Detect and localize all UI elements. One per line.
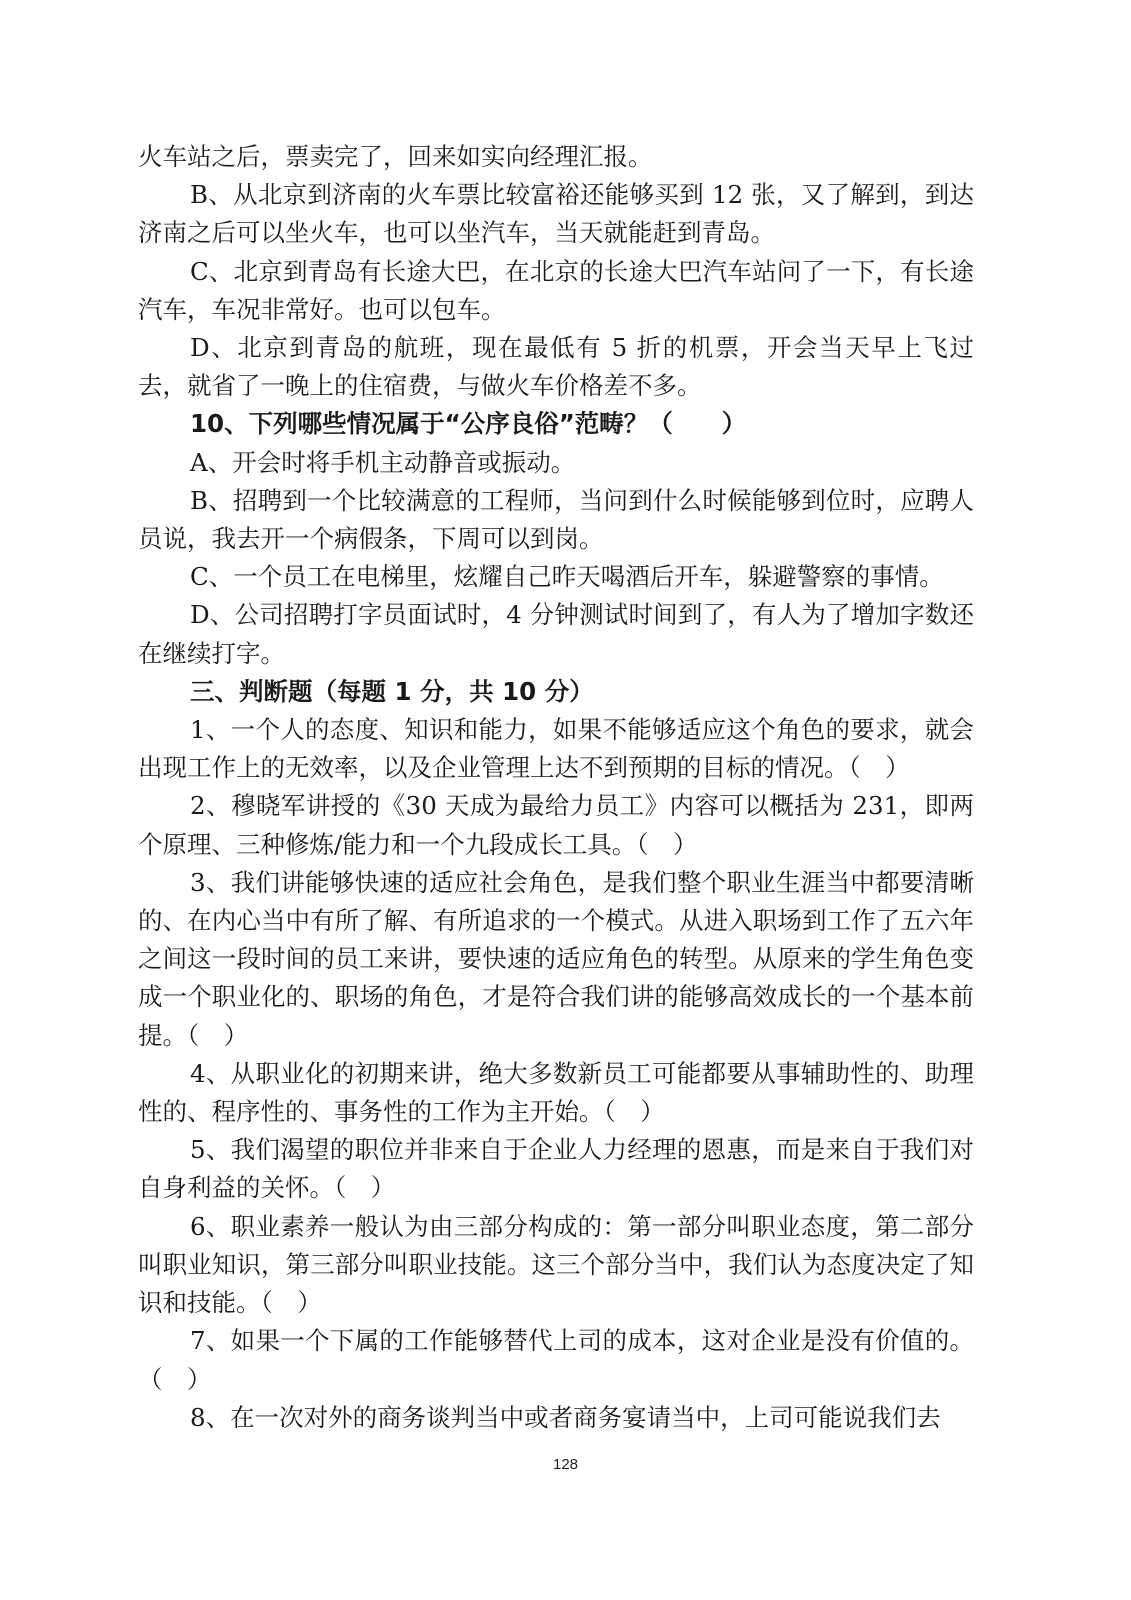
- option-10d: D、公司招聘打字员面试时，4 分钟测试时间到了，有人为了增加字数还在继续打字。: [138, 596, 974, 672]
- tf-question-7: 7、如果一个下属的工作能够替代上司的成本，这对企业是没有价值的。（ ）: [138, 1322, 974, 1398]
- tf-question-8: 8、在一次对外的商务谈判当中或者商务宴请当中，上司可能说我们去: [138, 1399, 974, 1437]
- option-10a: A、开会时将手机主动静音或振动。: [138, 444, 974, 482]
- tf-question-3: 3、我们讲能够快速的适应社会角色，是我们整个职业生涯当中都要清晰的、在内心当中有…: [138, 864, 974, 1055]
- option-9d: D、北京到青岛的航班，现在最低有 5 折的机票，开会当天早上飞过去，就省了一晚上…: [138, 329, 974, 405]
- option-9b: B、从北京到济南的火车票比较富裕还能够买到 12 张，又了解到，到达济南之后可以…: [138, 176, 974, 252]
- document-body: 火车站之后，票卖完了，回来如实向经理汇报。 B、从北京到济南的火车票比较富裕还能…: [138, 138, 974, 1437]
- section-heading-true-false: 三、判断题（每题 1 分，共 10 分）: [138, 673, 974, 711]
- option-10b: B、招聘到一个比较满意的工程师，当问到什么时候能够到位时，应聘人员说，我去开一个…: [138, 482, 974, 558]
- question-10: 10、下列哪些情况属于“公序良俗”范畴？（ ）: [138, 405, 974, 443]
- page-number: 128: [0, 1456, 1131, 1473]
- tf-question-4: 4、从职业化的初期来讲，绝大多数新员工可能都要从事辅助性的、助理性的、程序性的、…: [138, 1055, 974, 1131]
- paragraph-continuation: 火车站之后，票卖完了，回来如实向经理汇报。: [138, 138, 974, 176]
- option-9c: C、北京到青岛有长途大巴，在北京的长途大巴汽车站问了一下，有长途汽车，车况非常好…: [138, 253, 974, 329]
- tf-question-2: 2、穆晓军讲授的《30 天成为最给力员工》内容可以概括为 231，即两个原理、三…: [138, 787, 974, 863]
- tf-question-5: 5、我们渴望的职位并非来自于企业人力经理的恩惠，而是来自于我们对自身利益的关怀。…: [138, 1131, 974, 1207]
- tf-question-1: 1、一个人的态度、知识和能力，如果不能够适应这个角色的要求，就会出现工作上的无效…: [138, 711, 974, 787]
- option-10c: C、一个员工在电梯里，炫耀自己昨天喝酒后开车，躲避警察的事情。: [138, 558, 974, 596]
- tf-question-6: 6、职业素养一般认为由三部分构成的：第一部分叫职业态度，第二部分叫职业知识，第三…: [138, 1208, 974, 1323]
